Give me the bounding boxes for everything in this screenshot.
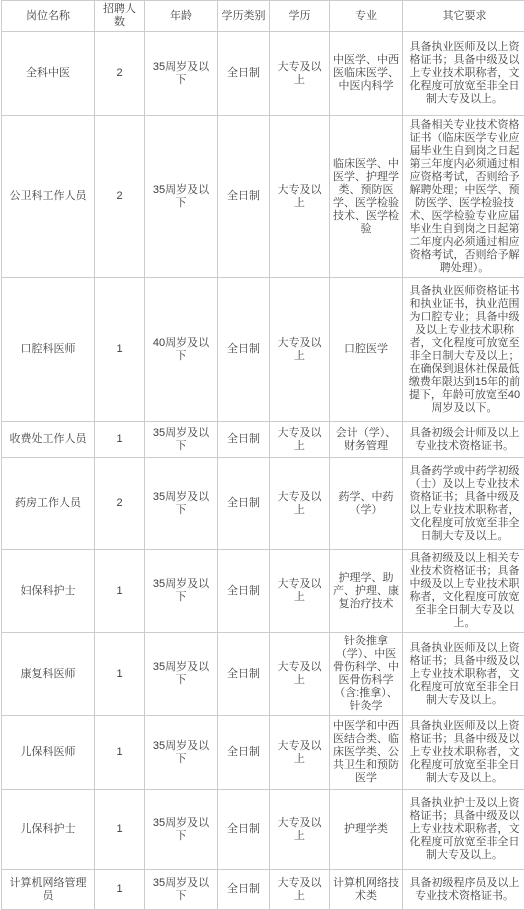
- cell-position: 药房工作人员: [2, 458, 95, 550]
- cell-edu-type: 全日制: [218, 278, 270, 422]
- cell-edu-type: 全日制: [218, 633, 270, 716]
- cell-other: 具备初级及以上相关专业技术资格证书；具备中级及以上专业技术职称者，文化程度可放宽…: [403, 550, 524, 633]
- column-header-major: 专业: [330, 1, 403, 32]
- cell-education: 大专及以上: [270, 550, 330, 633]
- column-header-edu-type: 学历类别: [218, 1, 270, 32]
- table-row: 儿保科护士 1 35周岁及以下 全日制 大专及以上 护理学类 具备执业护士及以上…: [2, 790, 524, 870]
- cell-education: 大专及以上: [270, 422, 330, 458]
- cell-age: 35周岁及以下: [145, 716, 218, 790]
- table-row: 计算机网络管理员 1 35周岁及以下 全日制 大专及以上 计算机网络技术类 具备…: [2, 870, 524, 910]
- cell-education: 大专及以上: [270, 116, 330, 278]
- table-row: 全科中医 2 35周岁及以下 全日制 大专及以上 中医学、中西医临床医学、中医内…: [2, 32, 524, 116]
- column-header-age: 年龄: [145, 1, 218, 32]
- cell-position: 全科中医: [2, 32, 95, 116]
- cell-education: 大专及以上: [270, 458, 330, 550]
- cell-other: 具备初级程序员及以上专业技术资格证书。: [403, 870, 524, 910]
- table-row: 康复科医师 1 35周岁及以下 全日制 大专及以上 针灸推拿（学）、中医骨伤科学…: [2, 633, 524, 716]
- cell-age: 35周岁及以下: [145, 870, 218, 910]
- cell-edu-type: 全日制: [218, 458, 270, 550]
- cell-other: 具备执业医师及以上资格证书；具备中级及以上专业技术职称者，文化程度可放宽至非全日…: [403, 32, 524, 116]
- cell-education: 大专及以上: [270, 278, 330, 422]
- cell-count: 2: [95, 116, 145, 278]
- cell-major: 临床医学、中医学、护理学类、预防医学、医学检验技术、医学检验: [330, 116, 403, 278]
- cell-major: 会计（学）、财务管理: [330, 422, 403, 458]
- table-row: 儿保科医师 1 35周岁及以下 全日制 大专及以上 中医学和中西医结合类、临床医…: [2, 716, 524, 790]
- cell-age: 35周岁及以下: [145, 116, 218, 278]
- cell-education: 大专及以上: [270, 870, 330, 910]
- cell-count: 1: [95, 550, 145, 633]
- cell-other: 具备执业医师资格证书和执业证书，执业范围为口腔专业；具备中级及以上专业技术职称者…: [403, 278, 524, 422]
- cell-edu-type: 全日制: [218, 550, 270, 633]
- cell-count: 1: [95, 716, 145, 790]
- cell-major: 护理学、助产、护理、康复治疗技术: [330, 550, 403, 633]
- table-row: 公卫科工作人员 2 35周岁及以下 全日制 大专及以上 临床医学、中医学、护理学…: [2, 116, 524, 278]
- column-header-education: 学历: [270, 1, 330, 32]
- cell-age: 40周岁及以下: [145, 278, 218, 422]
- cell-education: 大专及以上: [270, 633, 330, 716]
- table-row: 妇保科护士 1 35周岁及以下 全日制 大专及以上 护理学、助产、护理、康复治疗…: [2, 550, 524, 633]
- cell-position: 计算机网络管理员: [2, 870, 95, 910]
- cell-count: 1: [95, 422, 145, 458]
- cell-major: 针灸推拿（学）、中医骨伤科学、中医骨伤科学（含:推拿）、针灸学: [330, 633, 403, 716]
- cell-position: 公卫科工作人员: [2, 116, 95, 278]
- cell-education: 大专及以上: [270, 790, 330, 870]
- cell-position: 收费处工作人员: [2, 422, 95, 458]
- cell-other: 具备执业医师及以上资格证书；具备中级及以上专业技术职称者，文化程度可放宽至非全日…: [403, 716, 524, 790]
- cell-major: 中医学、中西医临床医学、中医内科学: [330, 32, 403, 116]
- cell-edu-type: 全日制: [218, 116, 270, 278]
- cell-major: 计算机网络技术类: [330, 870, 403, 910]
- cell-age: 35周岁及以下: [145, 790, 218, 870]
- table-row: 药房工作人员 2 35周岁及以下 全日制 大专及以上 药学、中药（学） 具备药学…: [2, 458, 524, 550]
- cell-count: 1: [95, 278, 145, 422]
- cell-other: 具备相关专业技术资格证书（临床医学专业应届毕业生自到岗之日起第三年度内必须通过相…: [403, 116, 524, 278]
- cell-edu-type: 全日制: [218, 32, 270, 116]
- cell-position: 康复科医师: [2, 633, 95, 716]
- cell-major: 药学、中药（学）: [330, 458, 403, 550]
- cell-count: 1: [95, 790, 145, 870]
- cell-count: 1: [95, 633, 145, 716]
- cell-position: 口腔科医师: [2, 278, 95, 422]
- cell-edu-type: 全日制: [218, 790, 270, 870]
- cell-age: 35周岁及以下: [145, 458, 218, 550]
- cell-other: 具备初级会计师及以上专业技术资格证书。: [403, 422, 524, 458]
- cell-other: 具备执业护士及以上资格证书；具备中级及以上专业技术职称者，文化程度可放宽至非全日…: [403, 790, 524, 870]
- cell-major: 护理学类: [330, 790, 403, 870]
- column-header-other: 其它要求: [403, 1, 524, 32]
- cell-education: 大专及以上: [270, 32, 330, 116]
- cell-position: 儿保科医师: [2, 716, 95, 790]
- cell-count: 2: [95, 458, 145, 550]
- cell-edu-type: 全日制: [218, 870, 270, 910]
- cell-age: 35周岁及以下: [145, 422, 218, 458]
- cell-count: 1: [95, 870, 145, 910]
- cell-position: 妇保科护士: [2, 550, 95, 633]
- cell-other: 具备药学或中药学初级（士）及以上专业技术资格证书；具备中级及以上专业技术职称者，…: [403, 458, 524, 550]
- recruitment-table: 岗位名称 招聘人数 年龄 学历类别 学历 专业 其它要求 全科中医 2 35周岁…: [1, 0, 524, 910]
- cell-age: 35周岁及以下: [145, 633, 218, 716]
- cell-edu-type: 全日制: [218, 422, 270, 458]
- cell-age: 35周岁及以下: [145, 32, 218, 116]
- cell-count: 2: [95, 32, 145, 116]
- table-row: 收费处工作人员 1 35周岁及以下 全日制 大专及以上 会计（学）、财务管理 具…: [2, 422, 524, 458]
- cell-position: 儿保科护士: [2, 790, 95, 870]
- cell-edu-type: 全日制: [218, 716, 270, 790]
- cell-other: 具备执业医师及以上资格证书；具备中级及以上专业技术职称者，文化程度可放宽至非全日…: [403, 633, 524, 716]
- column-header-position: 岗位名称: [2, 1, 95, 32]
- table-header-row: 岗位名称 招聘人数 年龄 学历类别 学历 专业 其它要求: [2, 1, 524, 32]
- table-row: 口腔科医师 1 40周岁及以下 全日制 大专及以上 口腔医学 具备执业医师资格证…: [2, 278, 524, 422]
- cell-major: 口腔医学: [330, 278, 403, 422]
- cell-age: 35周岁及以下: [145, 550, 218, 633]
- cell-education: 大专及以上: [270, 716, 330, 790]
- column-header-count: 招聘人数: [95, 1, 145, 32]
- cell-major: 中医学和中西医结合类、临床医学类、公共卫生和预防医学: [330, 716, 403, 790]
